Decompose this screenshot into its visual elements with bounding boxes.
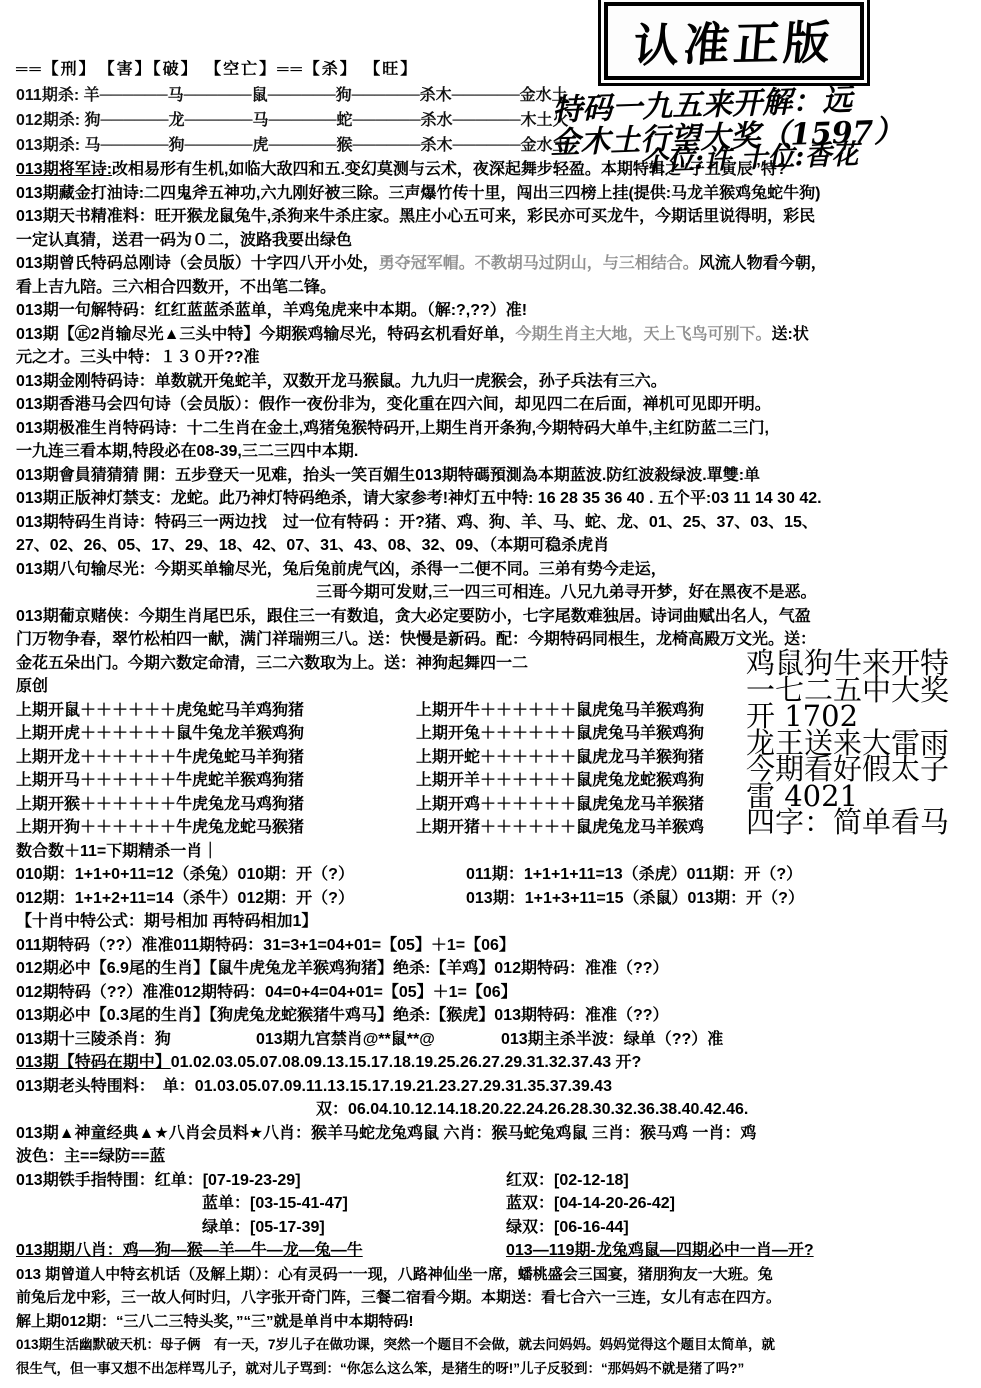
body-line: 013期铁手指特围：红单：[07-19-23-29]红双：[02-12-18] bbox=[16, 1169, 978, 1193]
body-line: 前兔后龙中彩，三一故人何时归，八字张开奇门阵，三餐二宿看今期。本期送：看七合六一… bbox=[16, 1286, 978, 1310]
kill-table-header: ══【刑】 【害】【破】 【空亡】══【杀】 【旺】 bbox=[16, 56, 569, 83]
body-line: 012期：1+1+2+11=14（杀牛）012期：开（?）013期：1+1+3+… bbox=[16, 887, 978, 911]
text-segment: 013期天书精准料：旺开猴龙鼠兔牛,杀狗来牛杀庄家。黑庄小心五可来，彩民亦可买龙… bbox=[16, 208, 815, 225]
text-segment: 013期藏金打油诗:二四鬼斧五神功,六九刚好被三除。三声爆竹传十里，闯出三四榜上… bbox=[16, 185, 820, 202]
text-segment: 原创 bbox=[16, 678, 48, 695]
body-line: 绿单：[05-17-39]绿双：[06-16-44] bbox=[202, 1216, 978, 1240]
text-segment: 蓝单：[03-15-41-47] bbox=[202, 1192, 506, 1216]
body-line: 013 期曾道人中特玄机话（及解上期）：心有灵码一一现，八路神仙坐一席，蟠桃盛会… bbox=[16, 1263, 978, 1287]
body-line: 双：06.04.10.12.14.18.20.22.24.26.28.30.32… bbox=[316, 1098, 978, 1122]
text-segment: 送:状 bbox=[771, 326, 808, 343]
body-line: 013期正版神灯禁支：龙蛇。此乃神灯特码绝杀，请大家参考!神灯五中特: 16 2… bbox=[16, 487, 978, 511]
body-line: 看上吉九陪。三六相合四数开，不出笔二锋。 bbox=[16, 276, 978, 300]
text-segment: 一定认真猜，送君一码为０二，波路我要出绿色 bbox=[16, 232, 352, 249]
text-segment: 013期▲神童经典▲★八肖会员料★八肖：猴羊马蛇龙兔鸡鼠 六肖：猴马蛇兔鸡鼠 三… bbox=[16, 1125, 756, 1142]
text-segment: 013—119期-龙兔鸡鼠—四期必中一肖—开? bbox=[506, 1242, 814, 1259]
body-line: 【十肖中特公式：期号相加 再特码相加1】 bbox=[16, 910, 978, 934]
text-segment: 上期开鼠＋＋＋＋＋＋虎兔蛇马羊鸡狗猪 bbox=[16, 699, 416, 723]
body-line: 三哥今期可发财,三一四三可相连。八兄九弟寻开梦，好在黑夜不是恶。 bbox=[316, 581, 978, 605]
body-line: 013期期八肖：鸡—狗—猴—羊—牛—龙—兔—牛013—119期-龙兔鸡鼠—四期必… bbox=[16, 1239, 978, 1263]
text-segment: 010期：1+1+0+11=12（杀兔）010期：开（?） bbox=[16, 863, 466, 887]
text-segment: 013期會員猜猜猜 開：五步登天一见难，抬头一笑百媚生013期特碼預測為本期蓝波… bbox=[16, 467, 760, 484]
body-line: 很生气，但一事又想不出怎样骂儿子，就对儿子骂到：“你怎么这么笨，是猪生的呀!”儿… bbox=[16, 1357, 978, 1381]
body-line: 一定认真猜，送君一码为０二，波路我要出绿色 bbox=[16, 229, 978, 253]
body-line: 012期必中【6.9尾的生肖】【鼠牛虎兔龙羊猴鸡狗猪】绝杀:【羊鸡】012期特码… bbox=[16, 957, 978, 981]
text-segment: 上期开牛＋＋＋＋＋＋鼠虎兔马羊猴鸡狗 bbox=[416, 702, 704, 719]
text-segment: 勇夺冠军帽。不教胡马过阴山，与三相结合。 bbox=[379, 255, 699, 272]
body-line: 010期：1+1+0+11=12（杀兔）010期：开（?）011期：1+1+1+… bbox=[16, 863, 978, 887]
text-segment: 013期期八肖：鸡—狗—猴—羊—牛—龙—兔—牛 bbox=[16, 1239, 506, 1263]
text-segment: 013期曾氏特码总刚诗（会员版）十字四八开小处， bbox=[16, 255, 379, 272]
text-segment: 013期主杀半波：绿单（??）准 bbox=[501, 1031, 723, 1048]
text-segment: 数合数＋11=下期精杀一肖｜ bbox=[16, 843, 218, 860]
body-line: 013期曾氏特码总刚诗（会员版）十字四八开小处，勇夺冠军帽。不教胡马过阴山，与三… bbox=[16, 252, 978, 276]
text-segment: 上期开马＋＋＋＋＋＋牛虎蛇羊猴鸡狗猪 bbox=[16, 769, 416, 793]
body-line: 数合数＋11=下期精杀一肖｜ bbox=[16, 840, 978, 864]
body-line: 一九连三看本期,特段必在08-39,三二三四中本期. bbox=[16, 440, 978, 464]
text-segment: 【十肖中特公式：期号相加 再特码相加1】 bbox=[16, 913, 317, 930]
stamp-text: 认准正版 bbox=[631, 6, 837, 75]
body-line: 元之才。三头中特：１３０开??准 bbox=[16, 346, 978, 370]
body-line: 013期八句输尽光：今期买单输尽光，兔后兔前虎气凶，杀得一二便不同。三弟有势今走… bbox=[16, 558, 978, 582]
body-line: 解上期012期：“三八二三特头奖，”“三”就是单肖中本期特码! bbox=[16, 1310, 978, 1334]
text-segment: 红双：[02-12-18] bbox=[506, 1172, 629, 1189]
body-line: 013期必中【0.3尾的生肖】【狗虎兔龙蛇猴猪牛鸡马】绝杀:【猴虎】013期特码… bbox=[16, 1004, 978, 1028]
body-line: 013期金刚特码诗：单数就开兔蛇羊，双数开龙马猴鼠。九九归一虎猴会，孙子兵法有三… bbox=[16, 370, 978, 394]
body-line: 013期生活幽默破天机：母子俩 有一天，7岁儿子在做功课，突然一个题目不会做，就… bbox=[16, 1333, 978, 1357]
body-line: 013期一句解特码：红红蓝蓝杀蓝单，羊鸡兔虎来中本期。（解:?,??）准! bbox=[16, 299, 978, 323]
text-segment: 013期铁手指特围：红单：[07-19-23-29] bbox=[16, 1169, 506, 1193]
text-segment: 013 期曾道人中特玄机话（及解上期）：心有灵码一一现，八路神仙坐一席，蟠桃盛会… bbox=[16, 1266, 773, 1283]
body-line: 27、02、26、05、17、29、18、42、07、31、43、08、32、0… bbox=[16, 534, 978, 558]
text-segment: 013期【特码在期中】 bbox=[16, 1054, 171, 1071]
text-segment: 013期必中【0.3尾的生肖】【狗虎兔龙蛇猴猪牛鸡马】绝杀:【猴虎】013期特码… bbox=[16, 1007, 669, 1024]
body-line: 013期葡京赌侠：今期生肖尾巴乐，跟住三一有数追，贪大必定要防小，七字尾数难独居… bbox=[16, 605, 978, 629]
body-line: 011期特码（??）准准011期特码：31=3+1=04+01=【05】＋1=【… bbox=[16, 934, 978, 958]
text-segment: 013期葡京赌侠：今期生肖尾巴乐，跟住三一有数追，贪大必定要防小，七字尾数难独居… bbox=[16, 608, 811, 625]
text-segment: 013期：1+1+3+11=15（杀鼠）013期：开（?） bbox=[466, 890, 804, 907]
text-segment: 绿单：[05-17-39] bbox=[202, 1216, 506, 1240]
text-segment: 上期开蛇＋＋＋＋＋＋鼠虎龙马羊猴狗猪 bbox=[416, 749, 704, 766]
body-line: 蓝单：[03-15-41-47]蓝双：[04-14-20-26-42] bbox=[202, 1192, 978, 1216]
body-line: 013期▲神童经典▲★八肖会员料★八肖：猴羊马蛇龙兔鸡鼠 六肖：猴马蛇兔鸡鼠 三… bbox=[16, 1122, 978, 1146]
text-segment: 很生气，但一事又想不出怎样骂儿子，就对儿子骂到：“你怎么这么笨，是猪生的呀!”儿… bbox=[16, 1361, 744, 1376]
text-segment: 27、02、26、05、17、29、18、42、07、31、43、08、32、0… bbox=[16, 537, 609, 554]
text-segment: 一九连三看本期,特段必在08-39,三二三四中本期. bbox=[16, 443, 358, 460]
text-segment: 013期香港马会四句诗（会员版）：假作一夜份非为，变化重在四六间，却见四二在后面… bbox=[16, 396, 771, 413]
text-segment: 解上期012期：“三八二三特头奖，”“三”就是单肖中本期特码! bbox=[16, 1313, 414, 1330]
text-segment: 01.02.03.05.07.08.09.13.15.17.18.19.25.2… bbox=[171, 1054, 642, 1071]
text-segment: 012期特码（??）准准012期特码：04=0+4=04+01=【05】＋1=【… bbox=[16, 984, 517, 1001]
text-segment: 金花五朵出门。今期六数定命清，三二六数取为上。送：神狗起舞四一二 bbox=[16, 655, 528, 672]
text-segment: 013期金刚特码诗：单数就开兔蛇羊，双数开龙马猴鼠。九九归一虎猴会，孙子兵法有三… bbox=[16, 373, 667, 390]
text-segment: 上期开猪＋＋＋＋＋＋鼠虎兔龙马羊猴鸡 bbox=[416, 819, 704, 836]
text-segment: 上期开狗＋＋＋＋＋＋牛虎兔龙蛇马猴猪 bbox=[16, 816, 416, 840]
text-segment: 双：06.04.10.12.14.18.20.22.24.26.28.30.32… bbox=[316, 1101, 748, 1118]
text-segment: 013期十三陵杀肖：狗 bbox=[16, 1028, 256, 1052]
text-segment: 上期开鸡＋＋＋＋＋＋鼠虎兔龙马羊猴猪 bbox=[416, 796, 704, 813]
text-segment: 013期特码生肖诗：特码三一两边找 过一位有特码 ：开?猪、鸡、狗、羊、马、蛇、… bbox=[16, 514, 818, 531]
authenticity-stamp: 认准正版 bbox=[604, 2, 864, 80]
text-segment: 改相易形有生机,如临大敌四和五.变幻莫测与云术，夜深起舞步轻盈。本期特辑之“子丑… bbox=[112, 161, 787, 178]
text-segment: 013期老头特围料： 单：01.03.05.07.09.11.13.15.17.… bbox=[16, 1078, 612, 1095]
text-segment: 012期：1+1+2+11=14（杀牛）012期：开（?） bbox=[16, 887, 466, 911]
text-segment: 012期必中【6.9尾的生肖】【鼠牛虎兔龙羊猴鸡狗猪】绝杀:【羊鸡】012期特码… bbox=[16, 960, 669, 977]
body-line: 013期特码生肖诗：特码三一两边找 过一位有特码 ：开?猪、鸡、狗、羊、马、蛇、… bbox=[16, 511, 978, 535]
sidebar-line: 四字：简单看马 bbox=[746, 809, 980, 836]
text-segment: 013期极准生肖特码诗：十二生肖在金土,鸡猪兔猴特码开,上期生肖开条狗,今期特码… bbox=[16, 420, 769, 437]
body-line: 013期将军诗:改相易形有生机,如临大敌四和五.变幻莫测与云术，夜深起舞步轻盈。… bbox=[16, 158, 978, 182]
kill-table-row: 013期杀: 马──────狗──────虎──────猴──────杀木───… bbox=[16, 133, 569, 158]
text-segment: 013期八句输尽光：今期买单输尽光，兔后兔前虎气凶，杀得一二便不同。三弟有势今走… bbox=[16, 561, 667, 578]
body-line: 波色：主==绿防==蓝 bbox=[16, 1145, 978, 1169]
text-segment: 风流人物看今朝， bbox=[699, 255, 827, 272]
sidebar-note: 鸡鼠狗牛来开特一七二五中大奖开 1702龙王送来大雷雨今期看好假太子雷 4021… bbox=[746, 650, 980, 836]
kill-table-row: 011期杀: 羊──────马──────鼠──────狗──────杀木───… bbox=[16, 83, 569, 108]
text-segment: 上期开兔＋＋＋＋＋＋鼠虎兔马羊猴鸡狗 bbox=[416, 725, 704, 742]
text-segment: 波色：主==绿防==蓝 bbox=[16, 1148, 165, 1165]
text-segment: 上期开猴＋＋＋＋＋＋牛虎兔龙马鸡狗猪 bbox=[16, 793, 416, 817]
body-line: 013期老头特围料： 单：01.03.05.07.09.11.13.15.17.… bbox=[16, 1075, 978, 1099]
text-segment: 013期正版神灯禁支：龙蛇。此乃神灯特码绝杀，请大家参考!神灯五中特: 16 2… bbox=[16, 490, 822, 507]
body-line: 013期【㊣2肖输尽光▲三头中特】今期猴鸡输尽光，特码玄机看好单，今期生肖主大地… bbox=[16, 323, 978, 347]
text-segment: 013期一句解特码：红红蓝蓝杀蓝单，羊鸡兔虎来中本期。（解:?,??）准! bbox=[16, 302, 527, 319]
text-segment: 看上吉九陪。三六相合四数开，不出笔二锋。 bbox=[16, 279, 336, 296]
text-segment: 前兔后龙中彩，三一故人何时归，八字张开奇门阵，三餐二宿看今期。本期送：看七合六一… bbox=[16, 1289, 781, 1306]
text-segment: 元之才。三头中特：１３０开??准 bbox=[16, 349, 260, 366]
text-segment: 011期特码（??）准准011期特码：31=3+1=04+01=【05】＋1=【… bbox=[16, 937, 515, 954]
body-line: 013期藏金打油诗:二四鬼斧五神功,六九刚好被三除。三声爆竹传十里，闯出三四榜上… bbox=[16, 182, 978, 206]
tip-sheet-page: ══【刑】 【害】【破】 【空亡】══【杀】 【旺】 011期杀: 羊─────… bbox=[0, 0, 981, 1388]
body-line: 013期【特码在期中】01.02.03.05.07.08.09.13.15.17… bbox=[16, 1051, 978, 1075]
text-segment: 上期开虎＋＋＋＋＋＋鼠牛兔龙羊猴鸡狗 bbox=[16, 722, 416, 746]
body-line: 012期特码（??）准准012期特码：04=0+4=04+01=【05】＋1=【… bbox=[16, 981, 978, 1005]
text-segment: 绿双：[06-16-44] bbox=[506, 1219, 629, 1236]
body-line: 013期會員猜猜猜 開：五步登天一见难，抬头一笑百媚生013期特碼預測為本期蓝波… bbox=[16, 464, 978, 488]
text-segment: 蓝双：[04-14-20-26-42] bbox=[506, 1195, 675, 1212]
text-segment: 013期将军诗: bbox=[16, 161, 112, 178]
text-segment: 上期开羊＋＋＋＋＋＋鼠虎兔龙蛇猴鸡狗 bbox=[416, 772, 704, 789]
text-segment: 013期【㊣2肖输尽光▲三头中特】今期猴鸡输尽光，特码玄机看好单， bbox=[16, 326, 515, 343]
body-line: 013期天书精准料：旺开猴龙鼠兔牛,杀狗来牛杀庄家。黑庄小心五可来，彩民亦可买龙… bbox=[16, 205, 978, 229]
body-line: 013期香港马会四句诗（会员版）：假作一夜份非为，变化重在四六间，却见四二在后面… bbox=[16, 393, 978, 417]
text-segment: 今期生肖主大地，天上飞鸟可别下。 bbox=[515, 326, 771, 343]
text-segment: 011期：1+1+1+11=13（杀虎）011期：开（?） bbox=[466, 866, 802, 883]
kill-table: ══【刑】 【害】【破】 【空亡】══【杀】 【旺】 011期杀: 羊─────… bbox=[16, 56, 569, 158]
text-segment: 上期开龙＋＋＋＋＋＋牛虎兔蛇马羊狗猪 bbox=[16, 746, 416, 770]
text-segment: 三哥今期可发财,三一四三可相连。八兄九弟寻开梦，好在黑夜不是恶。 bbox=[316, 584, 816, 601]
body-line: 013期极准生肖特码诗：十二生肖在金土,鸡猪兔猴特码开,上期生肖开条狗,今期特码… bbox=[16, 417, 978, 441]
kill-table-row: 012期杀: 狗──────龙──────马──────蛇──────杀水───… bbox=[16, 108, 569, 133]
text-segment: 门万物争春，翠竹松柏四一献，满门祥瑞朔三八。送：快慢是新码。配：今期特码同根生，… bbox=[16, 631, 816, 648]
text-segment: 013期九宫禁肖@**鼠**@ bbox=[256, 1028, 501, 1052]
text-segment: 013期生活幽默破天机：母子俩 有一天，7岁儿子在做功课，突然一个题目不会做，就… bbox=[16, 1337, 775, 1352]
body-line: 013期十三陵杀肖：狗013期九宫禁肖@**鼠**@013期主杀半波：绿单（??… bbox=[16, 1028, 978, 1052]
